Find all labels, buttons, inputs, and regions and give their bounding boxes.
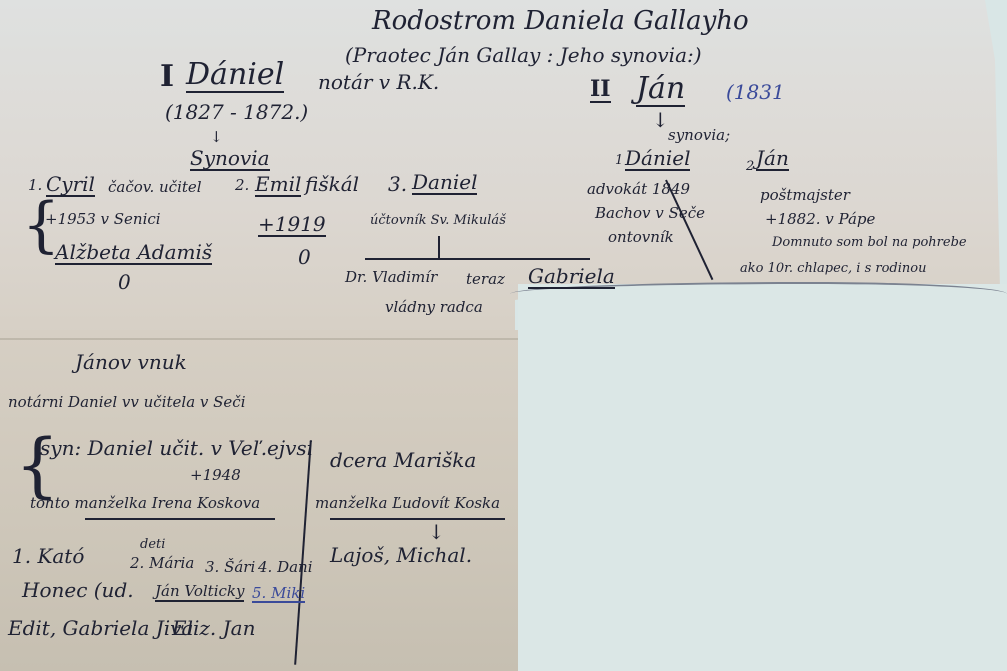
grandson-son-spouse: tohto manželka Irena Koskova [30,496,260,511]
grandchild-jan-volticky: Ján Volticky [155,584,244,602]
child-3-son-line [365,258,590,260]
child-2-note: fiškál [305,174,359,194]
branch-1-children-label: Synovia [190,148,270,171]
grandchild-kato: 1. Kató [12,546,84,566]
grandchild-edit: Edit, Gabriela Jiva [8,618,193,638]
branch-2-name: Ján [636,74,685,107]
b2-child-2-number: 2 [746,160,754,173]
child-3-number: 3. [388,174,407,194]
document-title: Rodostrom Daniela Gallayho [372,8,749,34]
child-3-son: Dr. Vladimír [345,270,437,285]
b2-child-2-line-1: poštmajster [760,188,850,203]
branch-1-name: Dániel [186,60,284,93]
child-3-son-spouse: Gabriela [528,266,615,289]
b2-child-1-line-3: ontovník [608,230,674,245]
b2-child-2-line-3: Domnuto som bol na pohrebe [772,236,967,249]
daughter-underline [330,518,505,520]
grandchild-honec: Honec (ud. [22,580,134,600]
child-2-descendants: 0 [298,247,311,267]
child-3-name: Daniel [412,172,477,195]
b2-child-1-line-1: advokát 1849 [587,182,690,197]
b2-child-1-line-2: Bachov v Seče [595,206,705,221]
deti-label: deti [140,538,165,551]
child-2-name: Emil [255,174,301,197]
grandson-son-underline [85,518,275,520]
branch-1-numeral: I [160,62,174,92]
child-2-number: 2. [235,178,249,193]
paper-fold-line [0,338,520,340]
grandson-son-death: +1948 [190,468,241,483]
grandson-intro: notárni Daniel vv učitela v Seči [8,395,246,410]
daughter-arrow-icon: ↓ [428,522,445,542]
grandchild-maria: 2. Mária [130,556,194,571]
child-1-descendants: 0 [118,272,131,292]
branch-1-dates: (1827 - 1872.) [165,102,308,122]
branch-2-numeral: II [590,78,611,103]
child-1-note: čačov. učitel [108,180,202,195]
grandson-heading: Jánov vnuk [75,352,187,372]
b2-child-2-name: Ján [756,148,789,171]
branch-2-dates: (1831 [726,82,785,102]
document-sheet: Rodostrom Daniela Gallayho (Praotec Ján … [0,0,1007,671]
b2-child-1-name: Dániel [625,148,690,171]
grandchild-eliz: Eliz. Jan [172,618,255,638]
b2-child-2-line-4: ako 10r. chlapec, i s rodinou [740,262,927,275]
child-3-descent-line [438,236,440,258]
child-3-son-title: vládny radca [385,300,483,315]
document-subtitle: (Praotec Ján Gallay : Jeho synovia:) [345,45,702,65]
b2-child-2-line-2: +1882. v Pápe [765,212,875,227]
grandchild-dani: 4. Dani [258,560,313,575]
daughter-spouse-line: manželka Ľudovít Koska [315,496,500,511]
grandson-son-line: syn: Daniel učit. v Veľ.ejvsi [40,438,313,458]
child-1-death: +1953 v Senici [45,212,161,227]
child-2-death: +1919 [258,214,326,237]
branch-1-arrow-icon: ↓ [210,130,223,145]
b2-child-1-number: 1 [615,154,623,167]
branch-2-children-label: synovia; [668,128,730,143]
branch-1-description: notár v R.K. [318,72,439,92]
grandchild-sari: 3. Šári [205,560,255,575]
child-3-son-note: teraz [466,272,505,287]
branch-2-arrow-icon: ↓ [652,110,669,130]
child-1-spouse: Alžbeta Adamiš [55,242,212,265]
daughter-line: dcera Mariška [330,450,476,470]
blank-overlay-card [518,284,1007,671]
daughter-children: Lajoš, Michal. [330,545,472,565]
child-3-note: účtovník Sv. Mikuláš [370,214,506,227]
grandchild-miki: 5. Miki [252,586,305,603]
